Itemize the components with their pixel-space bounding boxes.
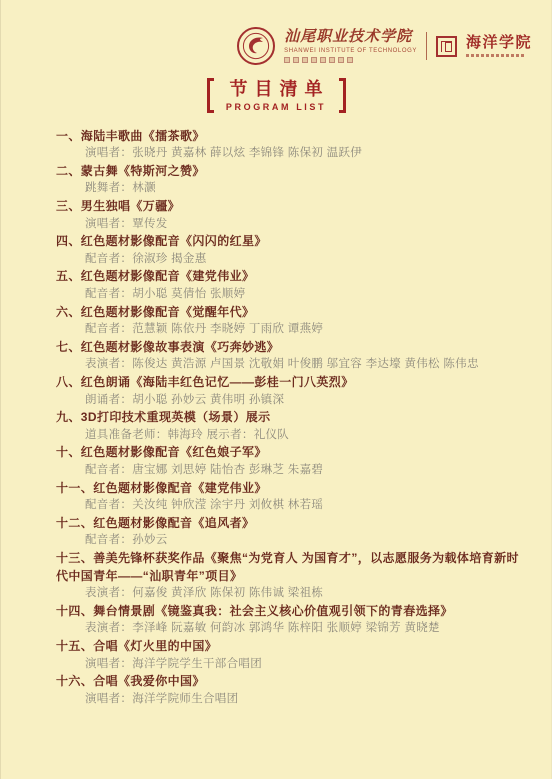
program-item-title: 十六、合唱《我爱你中国》: [56, 673, 524, 691]
university-motto-characters: [284, 57, 417, 63]
title-right-bracket: [339, 78, 346, 113]
program-item-title: 十四、舞台情景剧《镜鉴真我：社会主义核心价值观引领下的青春选择》: [56, 603, 524, 621]
list-item: 五、红色题材影像配音《建党伟业》配音者：胡小聪 莫倩怡 张顺婷: [56, 268, 524, 303]
motto-character-box: [320, 57, 326, 63]
program-item-title: 十二、红色题材影像配音《追风者》: [56, 515, 524, 533]
motto-character-box: [284, 57, 290, 63]
list-item: 十一、红色题材影像配音《建党伟业》配音者：关汝纯 钟欣滢 涂宇丹 刘攸棋 林若瑶: [56, 480, 524, 515]
program-item-title: 九、3D打印技术重现英模（场景）展示: [56, 409, 524, 427]
program-list: 一、海陆丰歌曲《擂茶歌》演唱者：张晓丹 黄嘉林 薛以炫 李锦锋 陈保初 温跃伊二…: [0, 113, 552, 709]
college-name: 海洋学院: [466, 36, 532, 51]
program-item-credit: 表演者：何嘉俊 黄泽欣 陈保初 陈伟诚 梁祖栋: [56, 585, 524, 603]
program-page: { "page": { "bg_color": "#f8f0c3", "acce…: [0, 0, 552, 779]
program-item-title: 二、蒙古舞《特斯河之赞》: [56, 163, 524, 181]
list-item: 八、红色朗诵《海陆丰红色记忆——彭桂一门八英烈》朗诵者：胡小聪 孙妙云 黄伟明 …: [56, 374, 524, 409]
list-item: 十五、合唱《灯火里的中国》演唱者：海洋学院学生干部合唱团: [56, 638, 524, 673]
program-item-credit: 演唱者：海洋学院师生合唱团: [56, 691, 524, 709]
program-item-credit: 演唱者：覃传发: [56, 216, 524, 234]
motto-character-box: [293, 57, 299, 63]
program-item-credit: 演唱者：张晓丹 黄嘉林 薛以炫 李锦锋 陈保初 温跃伊: [56, 145, 524, 163]
program-item-credit: 演唱者：海洋学院学生干部合唱团: [56, 656, 524, 674]
program-item-credit: 表演者：陈俊达 黄浩源 卢国景 沈敬娟 叶俊鹏 邬宜容 李达壕 黄伟松 陈伟忠: [56, 356, 524, 374]
program-item-title: 七、红色题材影像故事表演《巧奔妙逃》: [56, 339, 524, 357]
list-item: 三、男生独唱《万疆》演唱者：覃传发: [56, 198, 524, 233]
motto-character-box: [311, 57, 317, 63]
page-header: 汕尾职业技术学院 SHANWEI INSTITUTE OF TECHNOLOGY…: [0, 0, 552, 65]
list-item: 十六、合唱《我爱你中国》演唱者：海洋学院师生合唱团: [56, 673, 524, 708]
list-item: 二、蒙古舞《特斯河之赞》跳舞者：林灏: [56, 163, 524, 198]
motto-character-box: [338, 57, 344, 63]
list-item: 六、红色题材影像配音《觉醒年代》配音者：范慧颖 陈依丹 李晓婷 丁雨欣 谭燕婷: [56, 304, 524, 339]
program-item-credit: 配音者：唐宝娜 刘思婷 陆怡杏 彭琳芝 朱嘉碧: [56, 462, 524, 480]
list-item: 一、海陆丰歌曲《擂茶歌》演唱者：张晓丹 黄嘉林 薛以炫 李锦锋 陈保初 温跃伊: [56, 128, 524, 163]
title-left-bracket: [207, 78, 214, 113]
header-divider: [426, 32, 427, 60]
page-title: 节目清单: [223, 79, 330, 100]
list-item: 四、红色题材影像配音《闪闪的红星》配音者：徐淑珍 揭金惠: [56, 233, 524, 268]
program-item-credit: 配音者：孙妙云: [56, 532, 524, 550]
university-name: 汕尾职业技术学院: [284, 30, 417, 45]
list-item: 十、红色题材影像配音《红色娘子军》配音者：唐宝娜 刘思婷 陆怡杏 彭琳芝 朱嘉碧: [56, 444, 524, 479]
list-item: 十四、舞台情景剧《镜鉴真我：社会主义核心价值观引领下的青春选择》表演者：李泽峰 …: [56, 603, 524, 638]
program-item-credit: 配音者：范慧颖 陈依丹 李晓婷 丁雨欣 谭燕婷: [56, 321, 524, 339]
motto-character-box: [302, 57, 308, 63]
page-title-en: PROGRAM LIST: [226, 102, 326, 112]
motto-character-box: [329, 57, 335, 63]
university-name-block: 汕尾职业技术学院 SHANWEI INSTITUTE OF TECHNOLOGY: [284, 30, 417, 63]
program-item-credit: 朗诵者：胡小聪 孙妙云 黄伟明 孙镇深: [56, 392, 524, 410]
program-item-title: 三、男生独唱《万疆》: [56, 198, 524, 216]
program-item-credit: 配音者：徐淑珍 揭金惠: [56, 251, 524, 269]
program-item-credit: 配音者：胡小聪 莫倩怡 张顺婷: [56, 286, 524, 304]
program-item-title: 十一、红色题材影像配音《建党伟业》: [56, 480, 524, 498]
program-item-credit: 道具准备老师：韩海玲 展示者：礼仪队: [56, 427, 524, 445]
list-item: 十三、善美先锋杯获奖作品《聚焦“为党育人 为国育才”，以志愿服务为载体培育新时代…: [56, 550, 524, 603]
program-item-title: 十五、合唱《灯火里的中国》: [56, 638, 524, 656]
program-item-title: 五、红色题材影像配音《建党伟业》: [56, 268, 524, 286]
list-item: 九、3D打印技术重现英模（场景）展示道具准备老师：韩海玲 展示者：礼仪队: [56, 409, 524, 444]
list-item: 十二、红色题材影像配音《追风者》配音者：孙妙云: [56, 515, 524, 550]
university-name-en: SHANWEI INSTITUTE OF TECHNOLOGY: [284, 48, 417, 54]
program-item-title: 六、红色题材影像配音《觉醒年代》: [56, 304, 524, 322]
list-item: 七、红色题材影像故事表演《巧奔妙逃》表演者：陈俊达 黄浩源 卢国景 沈敬娟 叶俊…: [56, 339, 524, 374]
page-title-block: 节目清单 PROGRAM LIST: [0, 78, 552, 113]
program-item-title: 八、红色朗诵《海陆丰红色记忆——彭桂一门八英烈》: [56, 374, 524, 392]
college-name-block: 海洋学院: [466, 36, 532, 57]
college-seal-icon: [436, 36, 457, 57]
university-phoenix-logo-icon: [237, 27, 275, 65]
program-item-credit: 配音者：关汝纯 钟欣滢 涂宇丹 刘攸棋 林若瑶: [56, 497, 524, 515]
program-item-credit: 表演者：李泽峰 阮嘉敏 何韵冰 郭鸿华 陈梓阳 张顺婷 梁锦芳 黄晓楚: [56, 620, 524, 638]
program-item-title: 四、红色题材影像配音《闪闪的红星》: [56, 233, 524, 251]
college-name-en-line: [466, 54, 526, 57]
motto-character-box: [347, 57, 353, 63]
phoenix-bird-icon: [242, 32, 270, 60]
program-item-title: 十三、善美先锋杯获奖作品《聚焦“为党育人 为国育才”，以志愿服务为载体培育新时代…: [56, 550, 524, 585]
program-item-credit: 跳舞者：林灏: [56, 180, 524, 198]
program-item-title: 一、海陆丰歌曲《擂茶歌》: [56, 128, 524, 146]
program-item-title: 十、红色题材影像配音《红色娘子军》: [56, 444, 524, 462]
